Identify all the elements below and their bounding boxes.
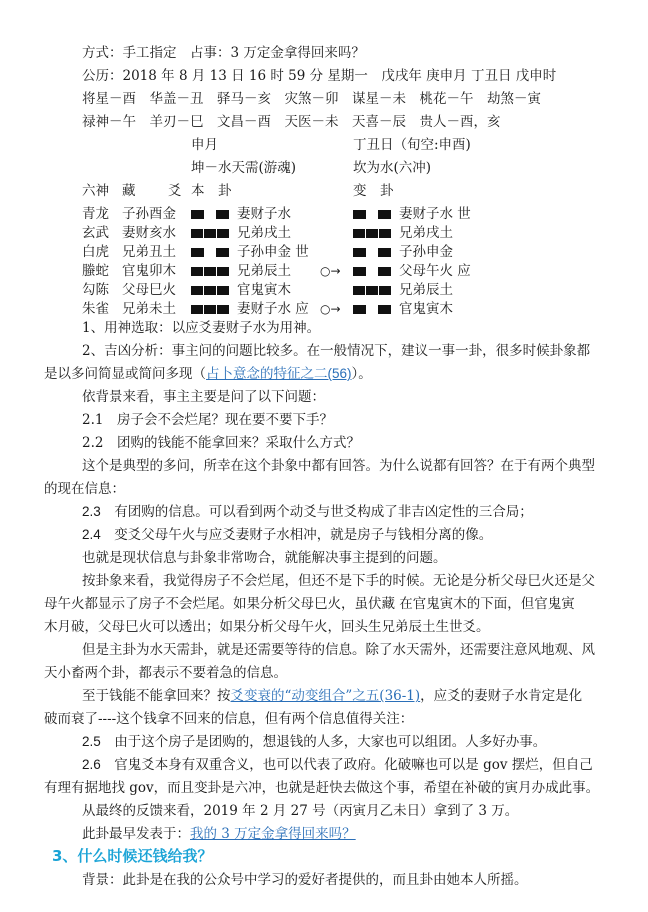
six-spirit: 白虎 (82, 242, 109, 262)
col-header-main: 本 卦 (191, 181, 232, 201)
paragraph-useful-god: 1、用神选取：以应爻妻财子水为用神。 (82, 318, 320, 338)
paragraph-house-line1: 按卦象来看，我觉得房子不会烂尾，但还不是下手的时候。无论是分析父母巳火还是父 (82, 571, 595, 591)
yang-line-icon (191, 286, 229, 295)
paragraph-published: 此卦最早发表于：我的 3 万定金拿得回来吗？ (82, 824, 356, 844)
divination-date: 公历：2018 年 8 月 13 日 16 时 59 分 星期一 戊戌年 庚申月… (82, 66, 556, 86)
main-yao-label: 妻财子水 应 (237, 299, 309, 319)
paragraph-multi-question-line2: 的现在信息： (44, 479, 125, 499)
question-2-1: 2.1 房子会不会烂尾？现在要不要下手？ (82, 410, 333, 430)
changed-yao-label: 子孙申金 (399, 242, 453, 262)
hidden-yao: 子孙酉金 (122, 204, 176, 224)
main-yao-label: 官鬼寅木 (237, 280, 291, 300)
point-2-5: 2.5 由于这个房子是团购的，想退钱的人多，大家也可以组团。人多好办事。 (82, 732, 546, 752)
yang-line-icon (191, 267, 229, 276)
changed-yao-label: 官鬼寅木 (399, 299, 453, 319)
section-heading: 3、什么时候还钱给我？ (52, 846, 212, 866)
col-header-changed: 变 卦 (353, 181, 394, 201)
paragraph-analysis-line2: 是以多问简显或简问多现（占卜意念的特征之二(56)）。 (44, 364, 372, 384)
hidden-yao: 妻财亥水 (122, 223, 176, 243)
paragraph-house-line3: 木月破，父母巳火可以透出；如果分析父母午火，回头生兄弟辰土生世爻。 (44, 617, 490, 637)
paragraph-money-line1: 至于钱能不能拿回来？按爻变衰的“动变组合”之五(36-1)，应爻的妻财子水肯定是… (82, 686, 582, 706)
point-2-3: 2.3 有团购的信息。可以看到两个动爻与世爻构成了非吉凶定性的三合局； (82, 502, 533, 522)
paragraph-match: 也就是现状信息与卦象非常吻合，就能解决事主提到的问题。 (82, 548, 447, 568)
changed-yao-label: 父母午火 应 (399, 261, 471, 281)
col-header-hidden: 藏 (122, 181, 136, 201)
link-divination-intent-feature[interactable]: 占卜意念的特征之二(56) (206, 366, 352, 381)
point-2-6: 2.6 官鬼爻本身有双重含义，也可以代表了政府。化破嘛也可以是 gov 摆烂，但… (82, 755, 593, 775)
col-header-spirit: 六神 (82, 181, 109, 201)
stars-line-2: 禄神－午 羊刃－巳 文昌－酉 天医－未 天喜－辰 贵人－酉，亥 (82, 112, 501, 132)
paragraph-house-line2: 母午火都显示了房子不会烂尾。如果分析父母巳火，虽伏藏 在官鬼寅木的下面，但官鬼寅 (44, 594, 575, 614)
yin-line-icon (191, 248, 229, 257)
paragraph-analysis-line1: 2、吉凶分析：事主问的问题比较多。在一般情况下，建议一事一卦，很多时候卦象都 (82, 341, 590, 361)
paragraph-multi-question-line1: 这个是典型的多问，所幸在这个卦象中都有回答。为什么说都有回答？在于有两个典型 (82, 456, 595, 476)
paragraph-money-line2: 破而衰了----这个钱拿不回来的信息，但有两个信息值得关注： (44, 709, 413, 729)
hidden-yao: 父母巳火 (122, 280, 176, 300)
hidden-yao: 兄弟丑土 (122, 242, 176, 262)
paragraph-background: 依背景来看，事主主要是问了以下问题： (82, 387, 325, 407)
stars-line-1: 将星－酉 华盖－丑 驿马－亥 灾煞－卯 谋星－未 桃花－午 劫煞－寅 (82, 89, 541, 109)
yin-line-icon (353, 210, 391, 219)
main-yao-label: 子孙申金 世 (237, 242, 309, 262)
six-spirit: 勾陈 (82, 280, 109, 300)
point-2-4: 2.4 变爻父母午火与应爻妻财子水相冲，就是房子与钱相分离的像。 (82, 525, 492, 545)
yang-line-icon (353, 286, 391, 295)
yin-line-icon (353, 248, 391, 257)
main-yao-label: 兄弟戌土 (237, 223, 291, 243)
yin-line-icon (353, 267, 391, 276)
hidden-yao: 官鬼卯木 (122, 261, 176, 281)
yang-line-icon (353, 229, 391, 238)
question-2-2: 2.2 团购的钱能不能拿回来？采取什么方式？ (82, 433, 360, 453)
paragraph-feedback: 从最终的反馈来看，2019 年 2 月 27 号（丙寅月乙未日）拿到了 3 万。 (82, 801, 518, 821)
month-label: 申月 (191, 135, 218, 155)
link-yao-change-combination[interactable]: 爻变衰的“动变组合”之五(36-1) (231, 688, 421, 704)
hidden-yao: 兄弟未土 (122, 299, 176, 319)
moving-yao-arrow-icon: ○→ (320, 261, 341, 281)
link-original-post[interactable]: 我的 3 万定金拿得回来吗？ (190, 826, 356, 842)
yang-line-icon (191, 305, 229, 314)
paragraph-waiting-line2: 天小畜两个卦，都表示不要着急的信息。 (44, 663, 287, 683)
main-hexagram-name: 坤－水天需(游魂) (191, 158, 296, 178)
paragraph-waiting-line1: 但是主卦为水天需卦，就是还需要等待的信息。除了水天需外，还需要注意风地观、风 (82, 640, 595, 660)
main-yao-label: 兄弟辰土 (237, 261, 291, 281)
divination-method: 方式：手工指定 占事：3 万定金拿得回来吗？ (82, 43, 365, 63)
paragraph-gov: 有理有据地找 gov，而且变卦是六冲，也就是赶快去做这个事，希望在补破的寅月办成… (44, 778, 599, 798)
main-yao-label: 妻财子水 (237, 204, 291, 224)
moving-yao-arrow-icon: ○→ (320, 299, 341, 319)
six-spirit: 青龙 (82, 204, 109, 224)
changed-yao-label: 妻财子水 世 (399, 204, 471, 224)
day-label: 丁丑日（旬空:申酉) (353, 135, 471, 155)
six-spirit: 玄武 (82, 223, 109, 243)
yin-line-icon (353, 305, 391, 314)
changed-yao-label: 兄弟戌土 (399, 223, 453, 243)
six-spirit: 朱雀 (82, 299, 109, 319)
yang-line-icon (191, 229, 229, 238)
changed-hexagram-name: 坎为水(六冲) (353, 158, 431, 178)
yin-line-icon (191, 210, 229, 219)
section-background: 背景：此卦是在我的公众号中学习的爱好者提供的，而且卦由她本人所摇。 (82, 870, 528, 890)
six-spirit: 螣蛇 (82, 261, 109, 281)
col-header-yao: 爻 (168, 181, 182, 201)
changed-yao-label: 兄弟辰土 (399, 280, 453, 300)
